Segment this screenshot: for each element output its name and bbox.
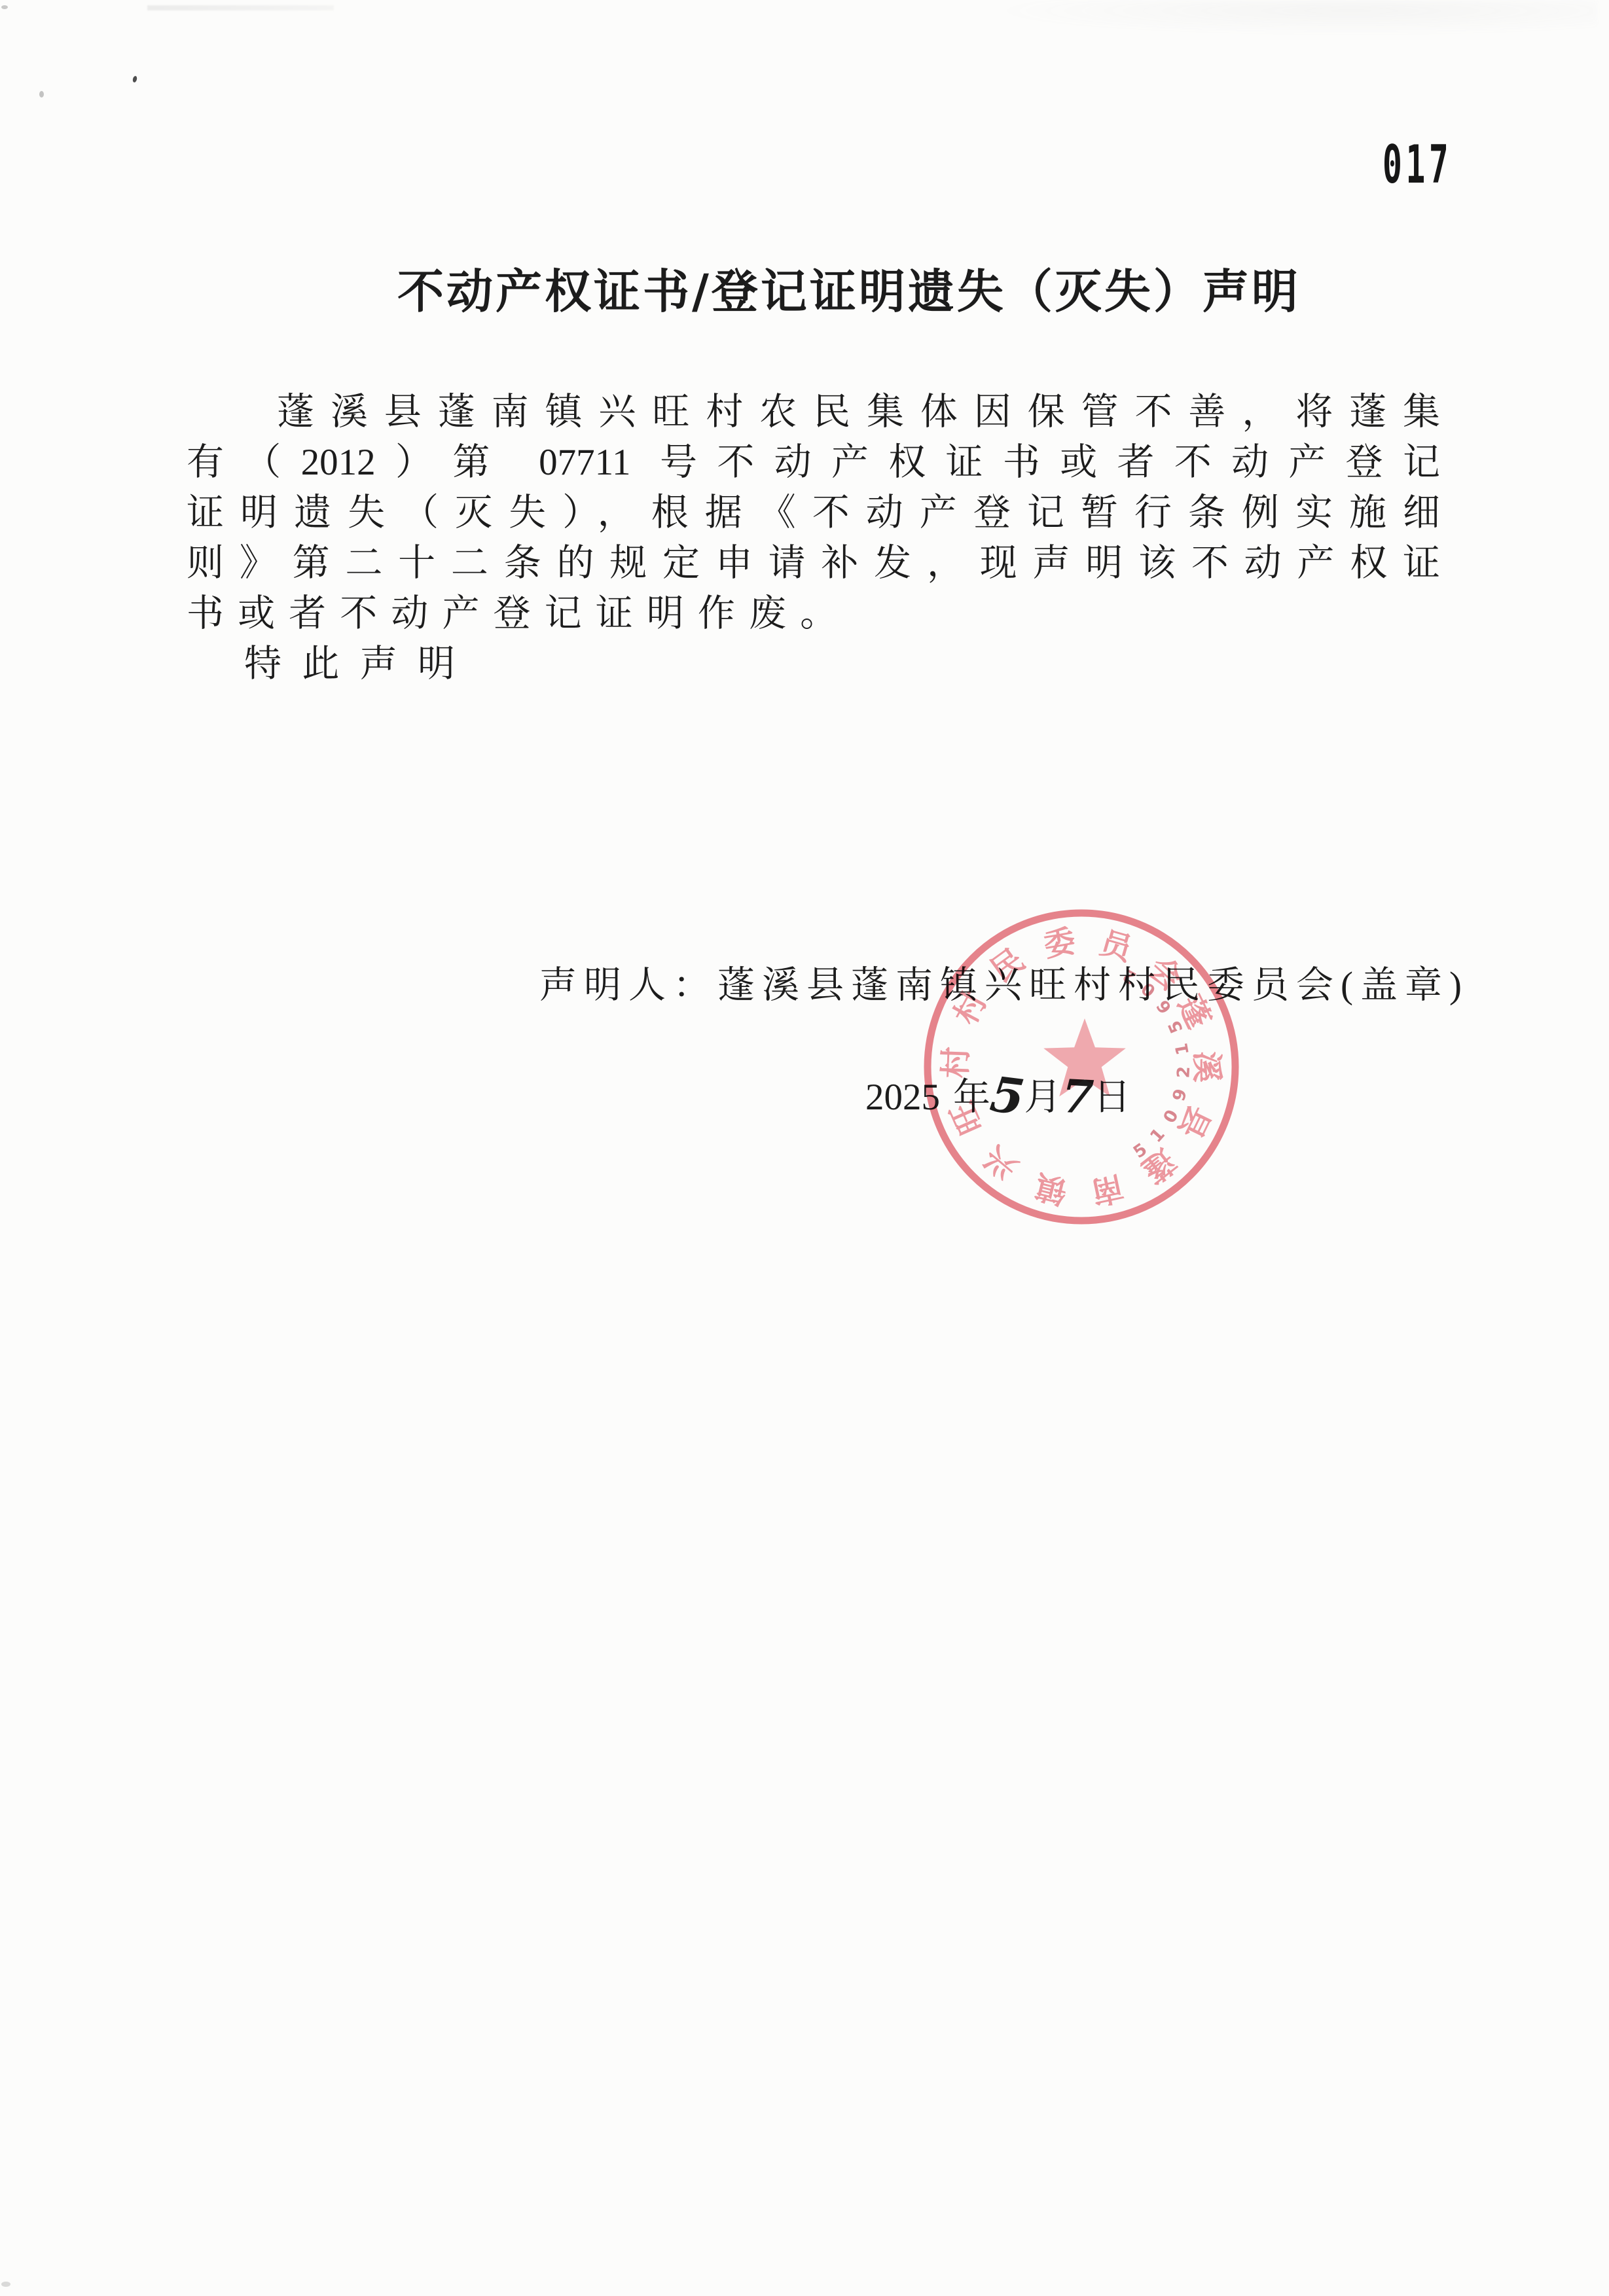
svg-text:9: 9 bbox=[1169, 1086, 1191, 1103]
body-line: 则》第二十二条的规定申请补发，现声明该不动产权证 bbox=[187, 538, 1440, 588]
svg-text:村: 村 bbox=[949, 986, 994, 1030]
scan-smudge bbox=[147, 5, 334, 10]
page-number-stamp: 017 bbox=[1383, 134, 1452, 195]
scanned-declaration-page: 017 不动产权证书/登记证明遗失（灭失）声明 蓬溪县蓬南镇兴旺村农民集体因保管… bbox=[0, 0, 1609, 2296]
svg-text:旺: 旺 bbox=[945, 1096, 990, 1139]
scan-speck bbox=[1, 2282, 10, 2287]
body-line: 书或者不动产登记证明作废。 bbox=[187, 588, 1440, 639]
svg-text:2: 2 bbox=[1174, 1066, 1194, 1079]
svg-text:兴: 兴 bbox=[977, 1139, 1024, 1186]
star-icon bbox=[1043, 1018, 1126, 1096]
declaration-body: 蓬溪县蓬南镇兴旺村农民集体因保管不善，将蓬集 有（2012）第 07711 号不… bbox=[187, 387, 1440, 689]
svg-text:村: 村 bbox=[939, 1046, 975, 1079]
body-line: 蓬溪县蓬南镇兴旺村农民集体因保管不善，将蓬集 bbox=[187, 387, 1440, 437]
svg-text:2: 2 bbox=[1120, 965, 1140, 988]
svg-text:6: 6 bbox=[1153, 996, 1176, 1017]
body-line: 证明遗失（灭失），根据《不动产登记暂行条例实施细 bbox=[187, 488, 1440, 538]
official-stamp: 蓬溪县蓬南镇兴旺村村民委员会 5109215602 bbox=[920, 905, 1243, 1229]
svg-text:委: 委 bbox=[1041, 924, 1078, 964]
document-title: 不动产权证书/登记证明遗失（灭失）声明 bbox=[397, 255, 1301, 321]
declarant-label: 声明人： bbox=[539, 965, 717, 1006]
svg-text:员: 员 bbox=[1096, 925, 1138, 968]
closing-phrase: 特此声明 bbox=[187, 639, 1440, 689]
scan-speck bbox=[39, 91, 44, 98]
scan-speck bbox=[132, 75, 137, 82]
scan-smudge bbox=[982, 0, 1597, 36]
svg-text:1: 1 bbox=[1172, 1041, 1193, 1056]
scan-speck bbox=[1, 5, 8, 9]
svg-text:溪: 溪 bbox=[1189, 1051, 1224, 1083]
svg-text:镇: 镇 bbox=[1030, 1167, 1070, 1209]
body-line: 有（2012）第 07711 号不动产权证书或者不动产登记 bbox=[187, 437, 1440, 488]
svg-text:民: 民 bbox=[985, 942, 1031, 989]
svg-text:南: 南 bbox=[1089, 1169, 1127, 1210]
svg-text:1: 1 bbox=[1146, 1124, 1168, 1147]
